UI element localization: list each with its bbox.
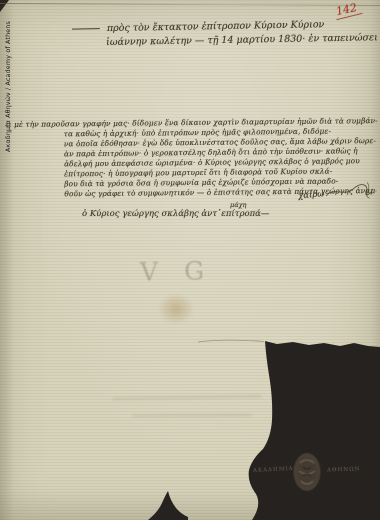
owl-emblem-icon bbox=[291, 451, 323, 493]
stamp-text-right: ΑΘΗΝΩΝ bbox=[327, 466, 361, 473]
stamp-text-left: ΑΚΑΔΗΜΙΑ bbox=[253, 466, 294, 474]
manuscript-scan: Ακαδημία Αθηνών / Academy of Athens 142 … bbox=[0, 0, 380, 520]
archive-stamp: ΑΚΑΔΗΜΙΑ ΑΘΗΝΩΝ bbox=[253, 449, 365, 497]
torn-paper-black-region bbox=[0, 0, 380, 520]
